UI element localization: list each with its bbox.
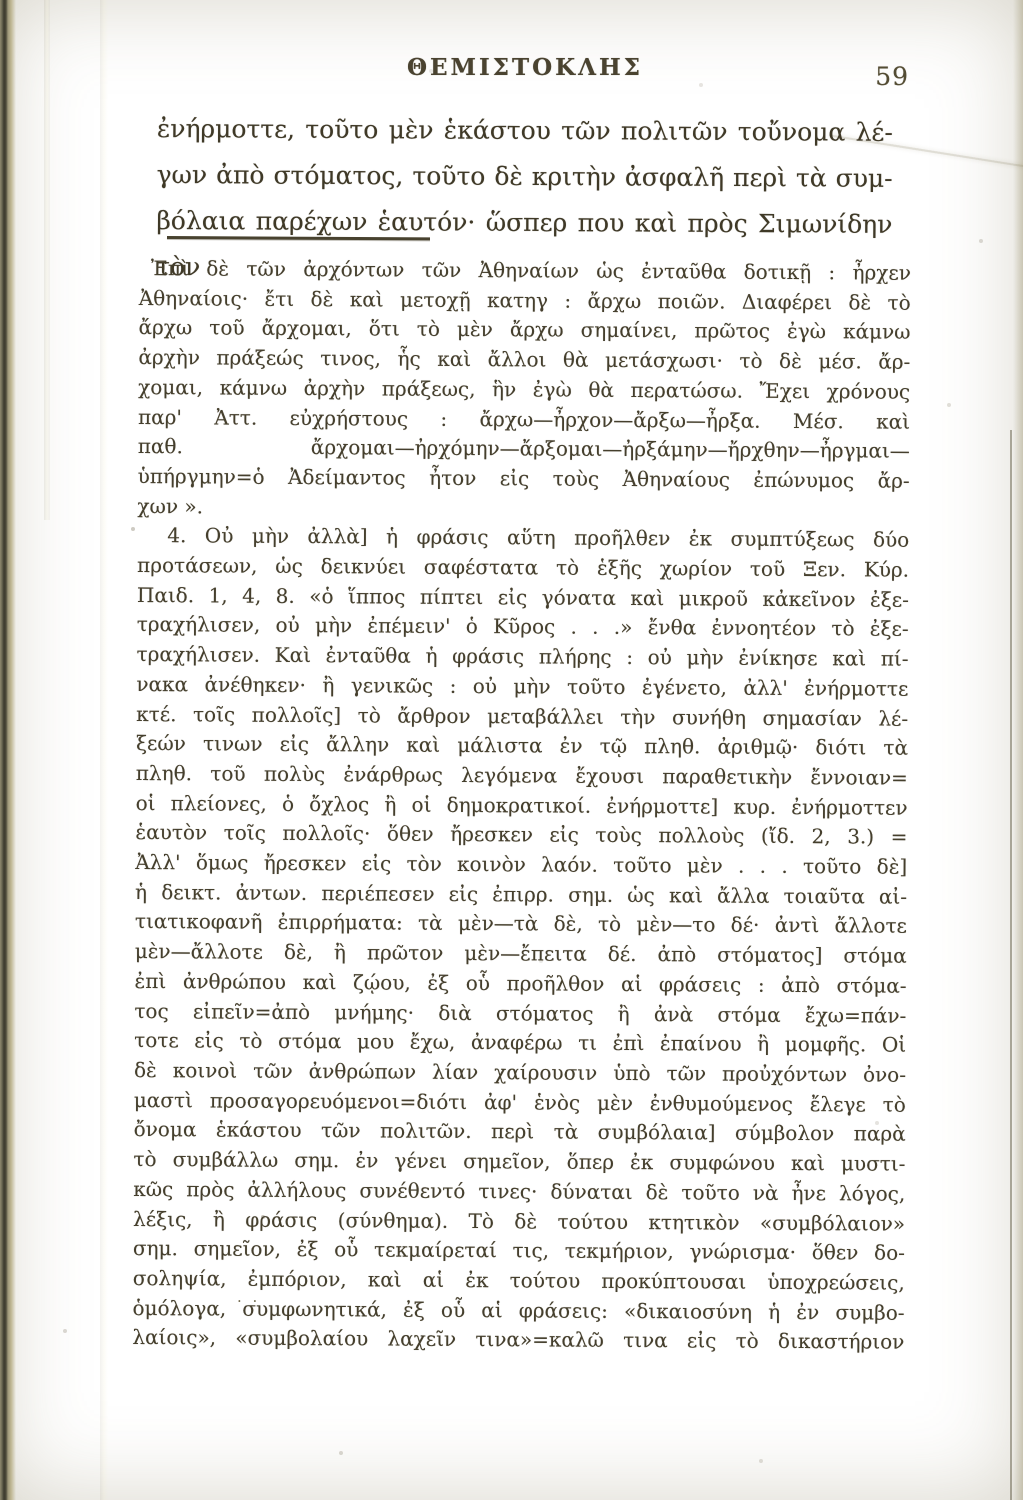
text-line: ἐνήρμοττε, τοῦτο μὲν ἑκάστου τῶν πολιτῶν… [157,106,893,156]
book-page-scan: ΘΕΜΙΣΤΟΚΛΗΣ 59 ἐνήρμοττε, τοῦτο μὲν ἑκάσ… [0,0,1023,1500]
text-line: γων ἀπὸ στόματος, τοῦτο δὲ κριτὴν ἀσφαλῆ… [157,152,893,202]
text-line: προτάσεων, ὡς δεικνύει σαφέστατα τὸ ἑξῆς… [137,551,909,585]
text-line: τὸ συμβάλλω σημ. ἐν γένει σημεῖον, ὅπερ … [133,1145,905,1179]
text-line: σημ. σημεῖον, ἐξ οὗ τεκμαίρεταί τις, τεκ… [133,1234,905,1268]
text-line: λαίοις», «συμβολαίου λαχεῖν τινα»=καλῶ τ… [132,1323,904,1357]
text-line: ἀρχὴν πράξεώς τινος, ἧς καὶ ἄλλοι θὰ μετ… [138,343,910,377]
text-line: χων ». [137,492,909,526]
text-line: 4. Οὐ μὴν ἀλλὰ] ἡ φράσις αὕτη προῆλθεν ἐ… [137,521,909,555]
text-line: χομαι, κάμνω ἀρχὴν πράξεως, ἣν ἐγὼ θὰ πε… [138,373,910,407]
paper-crease-vertical-2 [100,0,108,1500]
text-line: πληθ. τοῦ πολὺς ἐνάρθρως λεγόμενα ἔχουσι… [136,759,908,793]
page-number: 59 [875,62,909,91]
text-line: ὄνομα ἑκάστου τῶν πολιτῶν. περὶ τὰ συμβό… [134,1115,906,1149]
text-line: ξεών τινων εἰς ἄλλην καὶ μάλιστα ἐν τῷ π… [136,729,908,763]
text-line: τραχήλισεν, οὐ μὴν ἐπέμειν' ὁ Κῦρος . . … [137,610,909,644]
text-line: ἐπὶ ἀνθρώπου καὶ ζῴου, ἐξ οὗ προῆλθον αἱ… [134,967,906,1001]
running-header-title: ΘΕΜΙΣΤΟΚΛΗΣ [139,54,911,81]
text-line: ὑπήργμην=ὁ Ἀδείμαντος ἦτον εἰς τοὺς Ἀθην… [138,462,910,496]
commentary-paragraph-2: 4. Οὐ μὴν ἀλλὰ] ἡ φράσις αὕτη προῆλθεν ἐ… [132,521,909,1357]
page-edge-right-line [1010,430,1012,1500]
text-line: τιατικοφανῆ ἐπιρρήματα: τὰ μὲν—τὰ δὲ, τὸ… [135,907,907,941]
commentary-section: Ἐπὶ δὲ τῶν ἀρχόντων τῶν Ἀθηναίων ὡς ἐντα… [132,254,911,1358]
text-line: νακα ἀνέθηκεν· ἢ γενικῶς : οὐ μὴν τοῦτο … [136,670,908,704]
page-edge-right-shade [1013,0,1023,1500]
text-line: δὲ κοινοὶ τῶν ἀνθρώπων λίαν χαίρουσιν ὑπ… [134,1056,906,1090]
text-line: λέξις, ἢ φράσις (σύνθημα). Τὸ δὲ τούτου … [133,1204,905,1238]
text-line: Ἀθηναίοις· ἔτι δὲ καὶ μετοχῇ κατηγ : ἄρχ… [139,284,911,318]
text-line: Ἐπὶ δὲ τῶν ἀρχόντων τῶν Ἀθηναίων ὡς ἐντα… [139,254,911,288]
text-line: ἑαυτὸν τοῖς πολλοῖς· ὅθεν ἤρεσκεν εἰς το… [135,818,907,852]
page-content: ΘΕΜΙΣΤΟΚΛΗΣ 59 ἐνήρμοττε, τοῦτο μὲν ἑκάσ… [139,0,911,1500]
text-line: τος εἰπεῖν=ἀπὸ μνήμης· διὰ στόματος ἢ ἀν… [134,997,906,1031]
text-line: Παιδ. 1, 4, 8. «ὁ ἵππος πίπτει εἰς γόνατ… [137,581,909,615]
text-line: παθ. ἄρχομαι—ἠρχόμην—ἄρξομαι—ἠρξάμην—ἤρχ… [138,432,910,466]
text-line: κῶς πρὸς ἀλλήλους συνέθεντό τινες· δύνατ… [133,1175,905,1209]
text-line: οἱ πλείονες, ὁ ὄχλος ἢ οἱ δημοκρατικοί. … [136,789,908,823]
text-line: παρ' Ἀττ. εὐχρήστους : ἄρχω—ἦρχον—ἄρξω—ἦ… [138,403,910,437]
margin-ink-dots: · · [237,1292,260,1310]
paper-crease-vertical-1 [44,0,50,520]
text-line: κτέ. τοῖς πολλοῖς] τὸ ἄρθρον μεταβάλλει … [136,700,908,734]
text-line: μαστὶ προσαγορευόμενοι=διότι ἀφ' ἑνὸς μὲ… [134,1086,906,1120]
gutter-shadow [0,0,16,1500]
text-line: τοτε εἰς τὸ στόμα μου ἔχω, ἀναφέρω τι ἐπ… [134,1026,906,1060]
text-line: ἡ δεικτ. ἀντων. περιέπεσεν εἰς ἐπιρρ. ση… [135,878,907,912]
text-line: Ἀλλ' ὅμως ἤρεσκεν εἰς τὸν κοινὸν λαόν. τ… [135,848,907,882]
text-line: τραχήλισεν. Καὶ ἐνταῦθα ἡ φράσις πλήρης … [136,640,908,674]
commentary-paragraph-1: Ἐπὶ δὲ τῶν ἀρχόντων τῶν Ἀθηναίων ὡς ἐντα… [137,254,911,526]
text-line: ἄρχω τοῦ ἄρχομαι, ὅτι τὸ μὲν ἄρχω σημαίν… [138,313,910,347]
text-line: μὲν—ἄλλοτε δὲ, ἢ πρῶτον μὲν—ἔπειτα δέ. ἀ… [135,937,907,971]
